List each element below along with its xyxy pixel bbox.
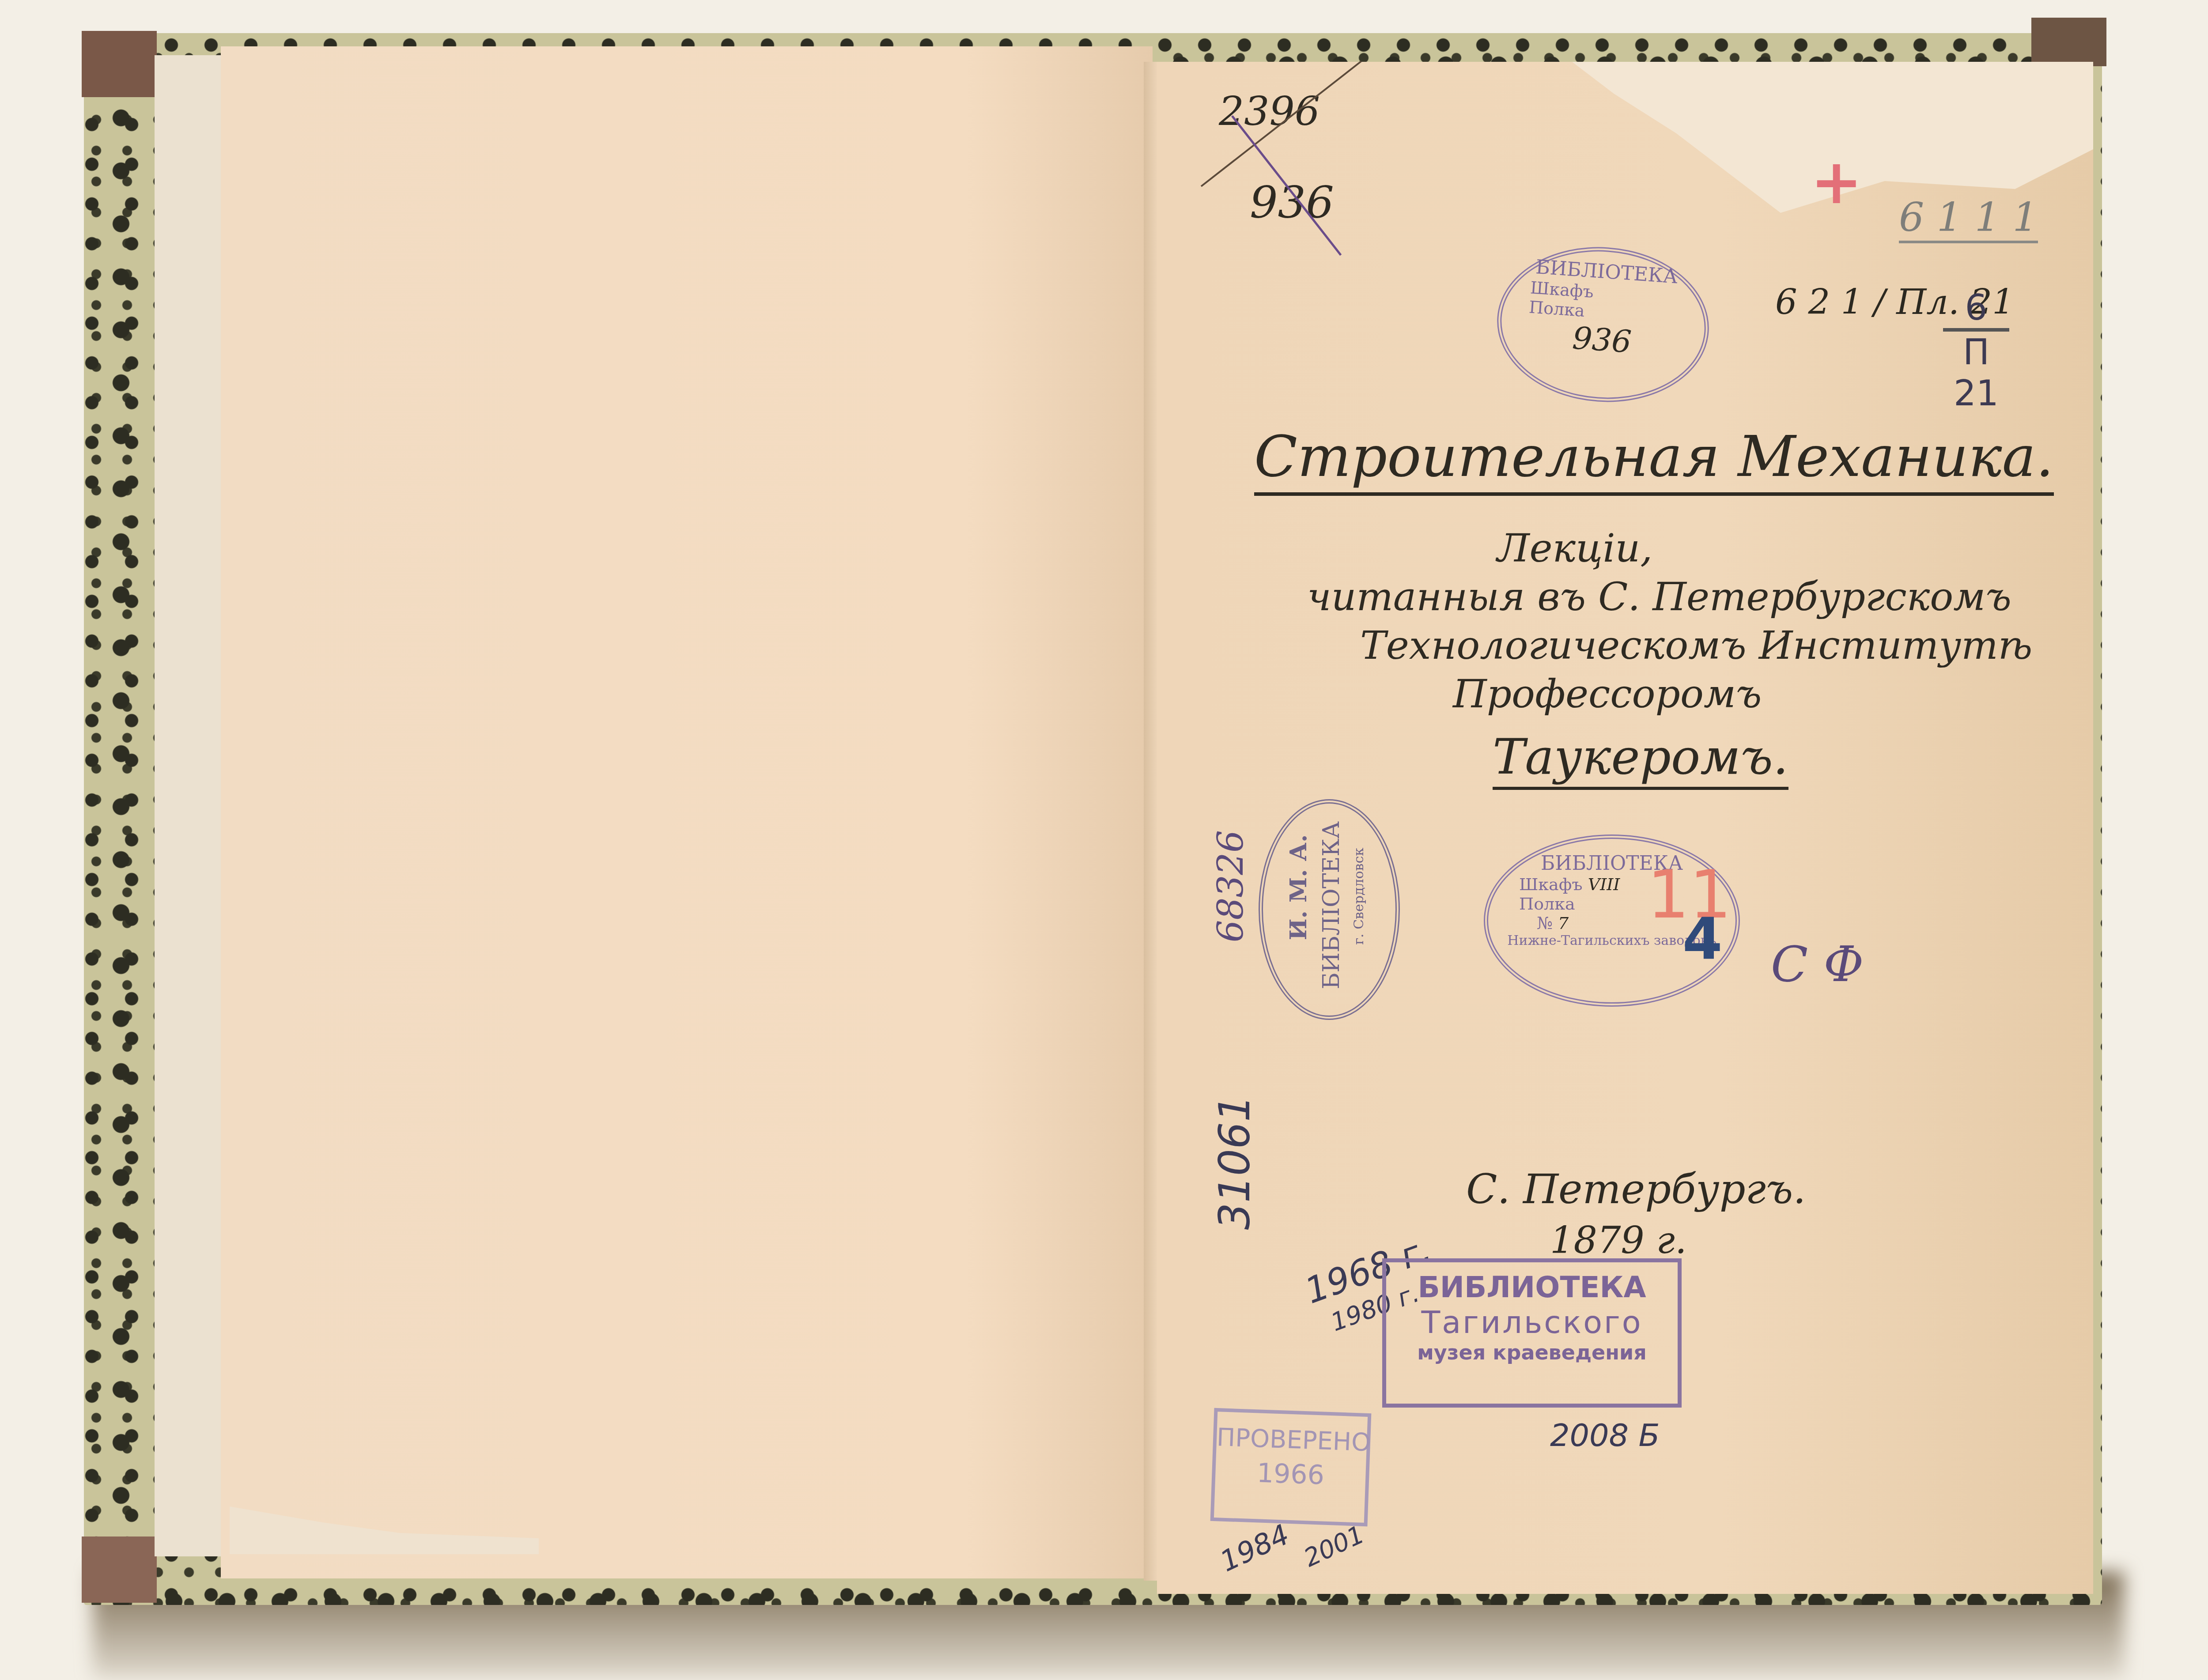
subtitle-line-3: Технологическомъ Институтѣ	[1360, 623, 2032, 668]
accession-number-lower: 936	[1250, 177, 1334, 228]
subtitle-line-2: читанныя въ С. Петербургскомъ	[1307, 574, 2011, 619]
museum-library-stamp: БИБЛИОТЕКА Тагильского музея краеведения	[1382, 1258, 1682, 1408]
inventory-number-vertical-1: 68326	[1210, 830, 1251, 943]
subtitle-line-4: Профессоромъ	[1453, 671, 1762, 717]
library-stamp-oval-vertical: И. М. А. БИБЛІОТЕКА г. Свердловск	[1259, 799, 1400, 1020]
imprint-place: С. Петербургъ.	[1466, 1166, 1806, 1213]
pencil-shelf-mark: 6 1 1 1	[1899, 194, 2038, 243]
cloth-corner-top-right	[2031, 18, 2106, 66]
accession-number-upper: 2396	[1219, 88, 1320, 135]
shelf-mark-bottom: П 21	[1943, 332, 2009, 414]
imprint-year: 1879 г.	[1550, 1219, 1687, 1262]
inventory-number-vertical-2: 31061	[1210, 1095, 1259, 1230]
subtitle-line-1: Лекціи,	[1497, 525, 1652, 571]
bottom-note-number: 2008 Б	[1550, 1417, 1660, 1453]
cloth-corner-top-left	[82, 31, 157, 97]
cloth-corner-bottom-left	[82, 1537, 157, 1603]
shelf-mark: 6 П 21	[1943, 287, 2009, 414]
left-page	[221, 46, 1153, 1578]
checked-stamp: ПРОВЕРЕНО 1966	[1210, 1408, 1372, 1526]
red-plus-mark: +	[1811, 146, 1862, 218]
library-stamp-oval-round: БИБЛІОТЕКА Шкафъ VIII Полка № 7 Нижне-Та…	[1484, 834, 1740, 1007]
book-title: Строительная Механика.	[1254, 424, 2054, 496]
shelf-mark-top: 6	[1943, 287, 2009, 332]
author-name: Таукеромъ.	[1493, 729, 1788, 790]
initials-mark: С Ф	[1771, 936, 1864, 993]
book-gutter	[1144, 62, 1157, 1581]
blue-pencil-number: 4	[1682, 905, 1722, 972]
